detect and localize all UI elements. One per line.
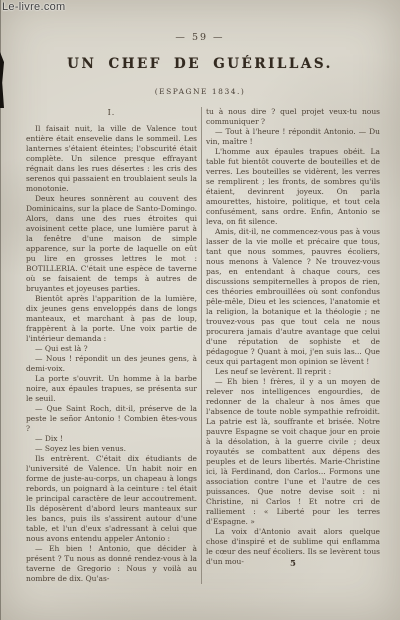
paragraph: Il faisait nuit, la ville de Valence tou… (26, 124, 197, 194)
dialogue-line: — Eh bien ! Antonio, que décider à prése… (26, 544, 197, 584)
paragraph: Les neuf se levèrent. Il reprit : (206, 367, 380, 377)
section-heading: I. (26, 107, 197, 119)
paragraph-continuation: tu à nous dire ? quel projet veux-tu nou… (206, 107, 380, 127)
scanned-book-page: Le-livre.com — 59 — UN CHEF DE GUÉRILLAS… (0, 0, 400, 620)
dialogue-line: — Dix ! (26, 434, 197, 444)
dialogue-line: — Que Saint Roch, dit-il, préserve de la… (26, 404, 197, 434)
paragraph: La porte s'ouvrit. Un homme à la barbe n… (26, 374, 197, 404)
column-divider-rule (201, 107, 202, 584)
text-block: I. Il faisait nuit, la ville de Valence … (26, 107, 380, 584)
paragraph: L'homme aux épaules trapues obéit. La ta… (206, 147, 380, 227)
page-number: — 59 — (0, 32, 400, 43)
dialogue-line: — Qui est là ? (26, 344, 197, 354)
paragraph: Amis, dit-il, ne commencez-vous pas à vo… (206, 227, 380, 367)
paragraph: Ils entrèrent. C'était dix étudiants de … (26, 454, 197, 544)
printer-signature-mark: 5 (290, 559, 296, 569)
watermark-text: Le-livre.com (2, 1, 66, 13)
dialogue-line: — Tout à l'heure ! répondit Antonio. — D… (206, 127, 380, 147)
dialogue-line: — Eh bien ! frères, il y a un moyen de r… (206, 377, 380, 527)
right-column: tu à nous dire ? quel projet veux-tu nou… (206, 107, 380, 584)
paragraph: Bientôt après l'apparition de la lumière… (26, 294, 197, 344)
page-title: UN CHEF DE GUÉRILLAS. (0, 56, 400, 72)
dialogue-line: — Soyez les bien venus. (26, 444, 197, 454)
left-column: I. Il faisait nuit, la ville de Valence … (26, 107, 197, 584)
paragraph: Deux heures sonnèrent au couvent des Dom… (26, 194, 197, 294)
page-subtitle: (ESPAGNE 1834.) (0, 87, 400, 96)
dialogue-line: — Nous ! répondit un des jeunes gens, à … (26, 354, 197, 374)
